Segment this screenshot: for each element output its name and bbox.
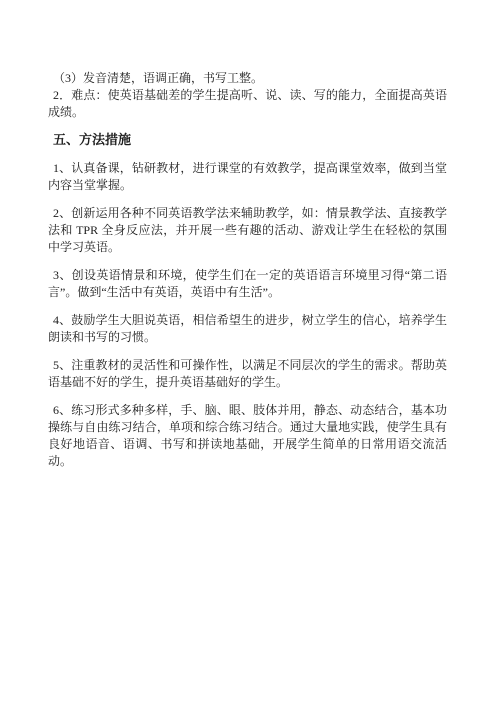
measure-paragraph-6: 6、练习形式多种多样，手、脑、眼、肢体并用，静态、动态结合，基本功操练与自由练习… — [48, 402, 447, 470]
intro-block: （3）发音清楚，语调正确，书写工整。 2．难点：使英语基础差的学生提高听、说、读… — [48, 70, 447, 121]
measure-paragraph-1: 1、认真备课，钻研教材，进行课堂的有效教学，提高课堂效率，做到当堂内容当堂掌握。 — [48, 160, 447, 194]
measure-paragraph-2: 2、创新运用各种不同英语教学法来辅助教学，如：情景教学法、直接教学法和 TPR … — [48, 205, 447, 256]
measure-paragraph-4: 4、鼓励学生大胆说英语，相信希望生的进步，树立学生的信心，培养学生朗读和书写的习… — [48, 312, 447, 346]
section-heading-methods: 五、方法措施 — [48, 130, 447, 149]
measures-list: 1、认真备课，钻研教材，进行课堂的有效教学，提高课堂效率，做到当堂内容当堂掌握。… — [48, 160, 447, 470]
carryover-item-3: （3）发音清楚，语调正确，书写工整。 — [48, 70, 447, 87]
difficulties-paragraph: 2．难点：使英语基础差的学生提高听、说、读、写的能力，全面提高英语成绩。 — [48, 87, 447, 121]
measure-paragraph-3: 3、创设英语情景和环境，使学生们在一定的英语语言环境里习得“第二语言”。做到“生… — [48, 267, 447, 301]
document-page: （3）发音清楚，语调正确，书写工整。 2．难点：使英语基础差的学生提高听、说、读… — [0, 0, 499, 709]
measure-paragraph-5: 5、注重教材的灵活性和可操作性，以满足不同层次的学生的需求。帮助英语基础不好的学… — [48, 357, 447, 391]
